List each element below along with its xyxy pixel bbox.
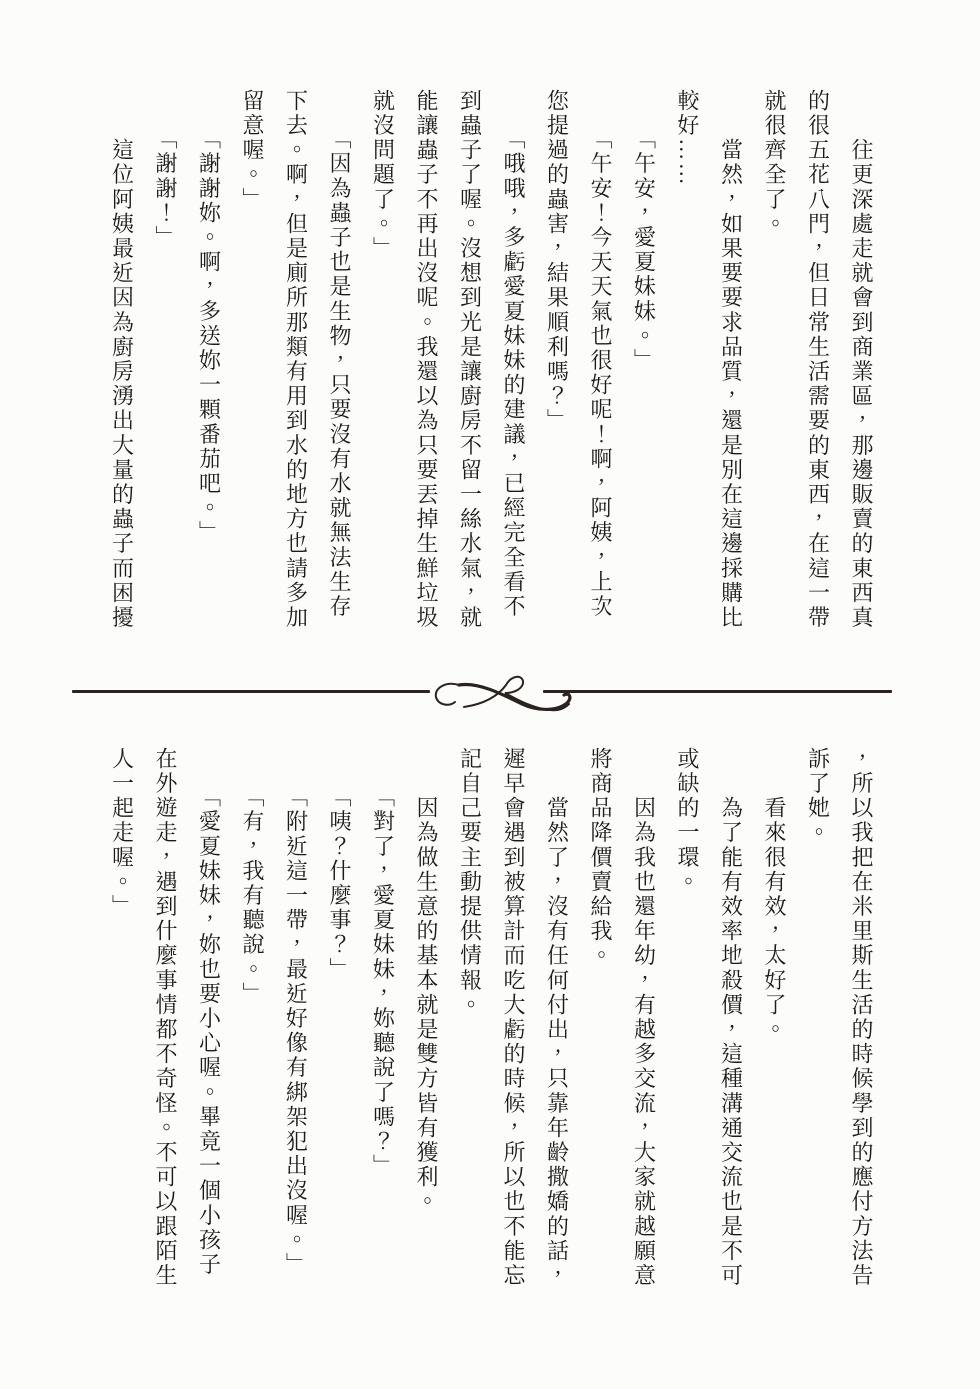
calligraphic-flourish-icon: [428, 666, 578, 722]
text-column: 在外遊走，遇到什麼事情都不奇怪。不可以跟陌生: [144, 747, 188, 1299]
text-column: 就很齊全了。: [753, 89, 797, 641]
text-column: 當然了，沒有任何付出，只靠年齡撒嬌的話，: [535, 747, 579, 1299]
section-divider: [0, 650, 980, 740]
text-column: 較好……: [666, 89, 710, 641]
text-column: 「哦哦，多虧愛夏妹妹的建議，已經完全看不: [492, 89, 536, 641]
divider-line-left: [72, 690, 430, 693]
text-column: 訴了她。: [796, 747, 840, 1299]
text-column: 為了能有效率地殺價，這種溝通交流也是不可: [709, 747, 753, 1299]
text-column: 「附近這一帶，最近好像有綁架犯出沒喔。」: [274, 747, 318, 1299]
text-column: 看來很有效，太好了。: [753, 747, 797, 1299]
text-column: 「因為蟲子也是生物，只要沒有水就無法生存: [318, 89, 362, 641]
text-column: 或缺的一環。: [666, 747, 710, 1299]
text-column: 就沒問題了。」: [361, 89, 405, 641]
text-column: 您提過的蟲害，結果順利嗎？」: [535, 89, 579, 641]
text-column: 因為做生意的基本就是雙方皆有獲利。: [405, 747, 449, 1299]
text-column: 「午安，愛夏妹妹。」: [622, 89, 666, 641]
text-column: 「謝謝妳。啊，多送妳一顆番茄吧。」: [187, 89, 231, 641]
divider-line-right: [543, 690, 892, 693]
text-column: 往更深處走就會到商業區，那邊販賣的東西真: [840, 89, 884, 641]
text-column: 下去。啊，但是廁所那類有用到水的地方也請多加: [274, 89, 318, 641]
text-column: 記自己要主動提供情報。: [448, 747, 492, 1299]
text-column: 這位阿姨最近因為廚房湧出大量的蟲子而困擾: [100, 89, 144, 641]
text-column: 「愛夏妹妹，妳也要小心喔。畢竟一個小孩子: [187, 747, 231, 1299]
text-column: 將商品降價賣給我。: [579, 747, 623, 1299]
text-column: 的很五花八門，但日常生活需要的東西，在這一帶: [796, 89, 840, 641]
text-column: 留意喔。」: [231, 89, 275, 641]
text-column: 能讓蟲子不再出沒呢。我還以為只要丟掉生鮮垃圾: [405, 89, 449, 641]
text-column: 「對了，愛夏妹妹，妳聽說了嗎？」: [361, 747, 405, 1299]
text-column: 「謝謝！」: [144, 89, 188, 641]
text-column: 「有，我有聽說。」: [231, 747, 275, 1299]
text-column: 「咦？什麼事？」: [318, 747, 362, 1299]
text-column: 到蟲子了喔。沒想到光是讓廚房不留一絲水氣，就: [448, 89, 492, 641]
text-column: 「午安！今天天氣也很好呢！啊，阿姨，上次: [579, 89, 623, 641]
page-bottom-text-block: ，所以我把在米里斯生活的時候學到的應付方法告 訴了她。 看來很有效，太好了。 為…: [100, 747, 883, 1299]
book-page: 往更深處走就會到商業區，那邊販賣的東西真 的很五花八門，但日常生活需要的東西，在…: [0, 0, 980, 1389]
text-column: 因為我也還年幼，有越多交流，大家就越願意: [622, 747, 666, 1299]
text-column: 遲早會遇到被算計而吃大虧的時候，所以也不能忘: [492, 747, 536, 1299]
text-column: ，所以我把在米里斯生活的時候學到的應付方法告: [840, 747, 884, 1299]
text-column: 人一起走喔。」: [100, 747, 144, 1299]
page-top-text-block: 往更深處走就會到商業區，那邊販賣的東西真 的很五花八門，但日常生活需要的東西，在…: [100, 89, 883, 641]
text-column: 當然，如果要要求品質，還是別在這邊採購比: [709, 89, 753, 641]
